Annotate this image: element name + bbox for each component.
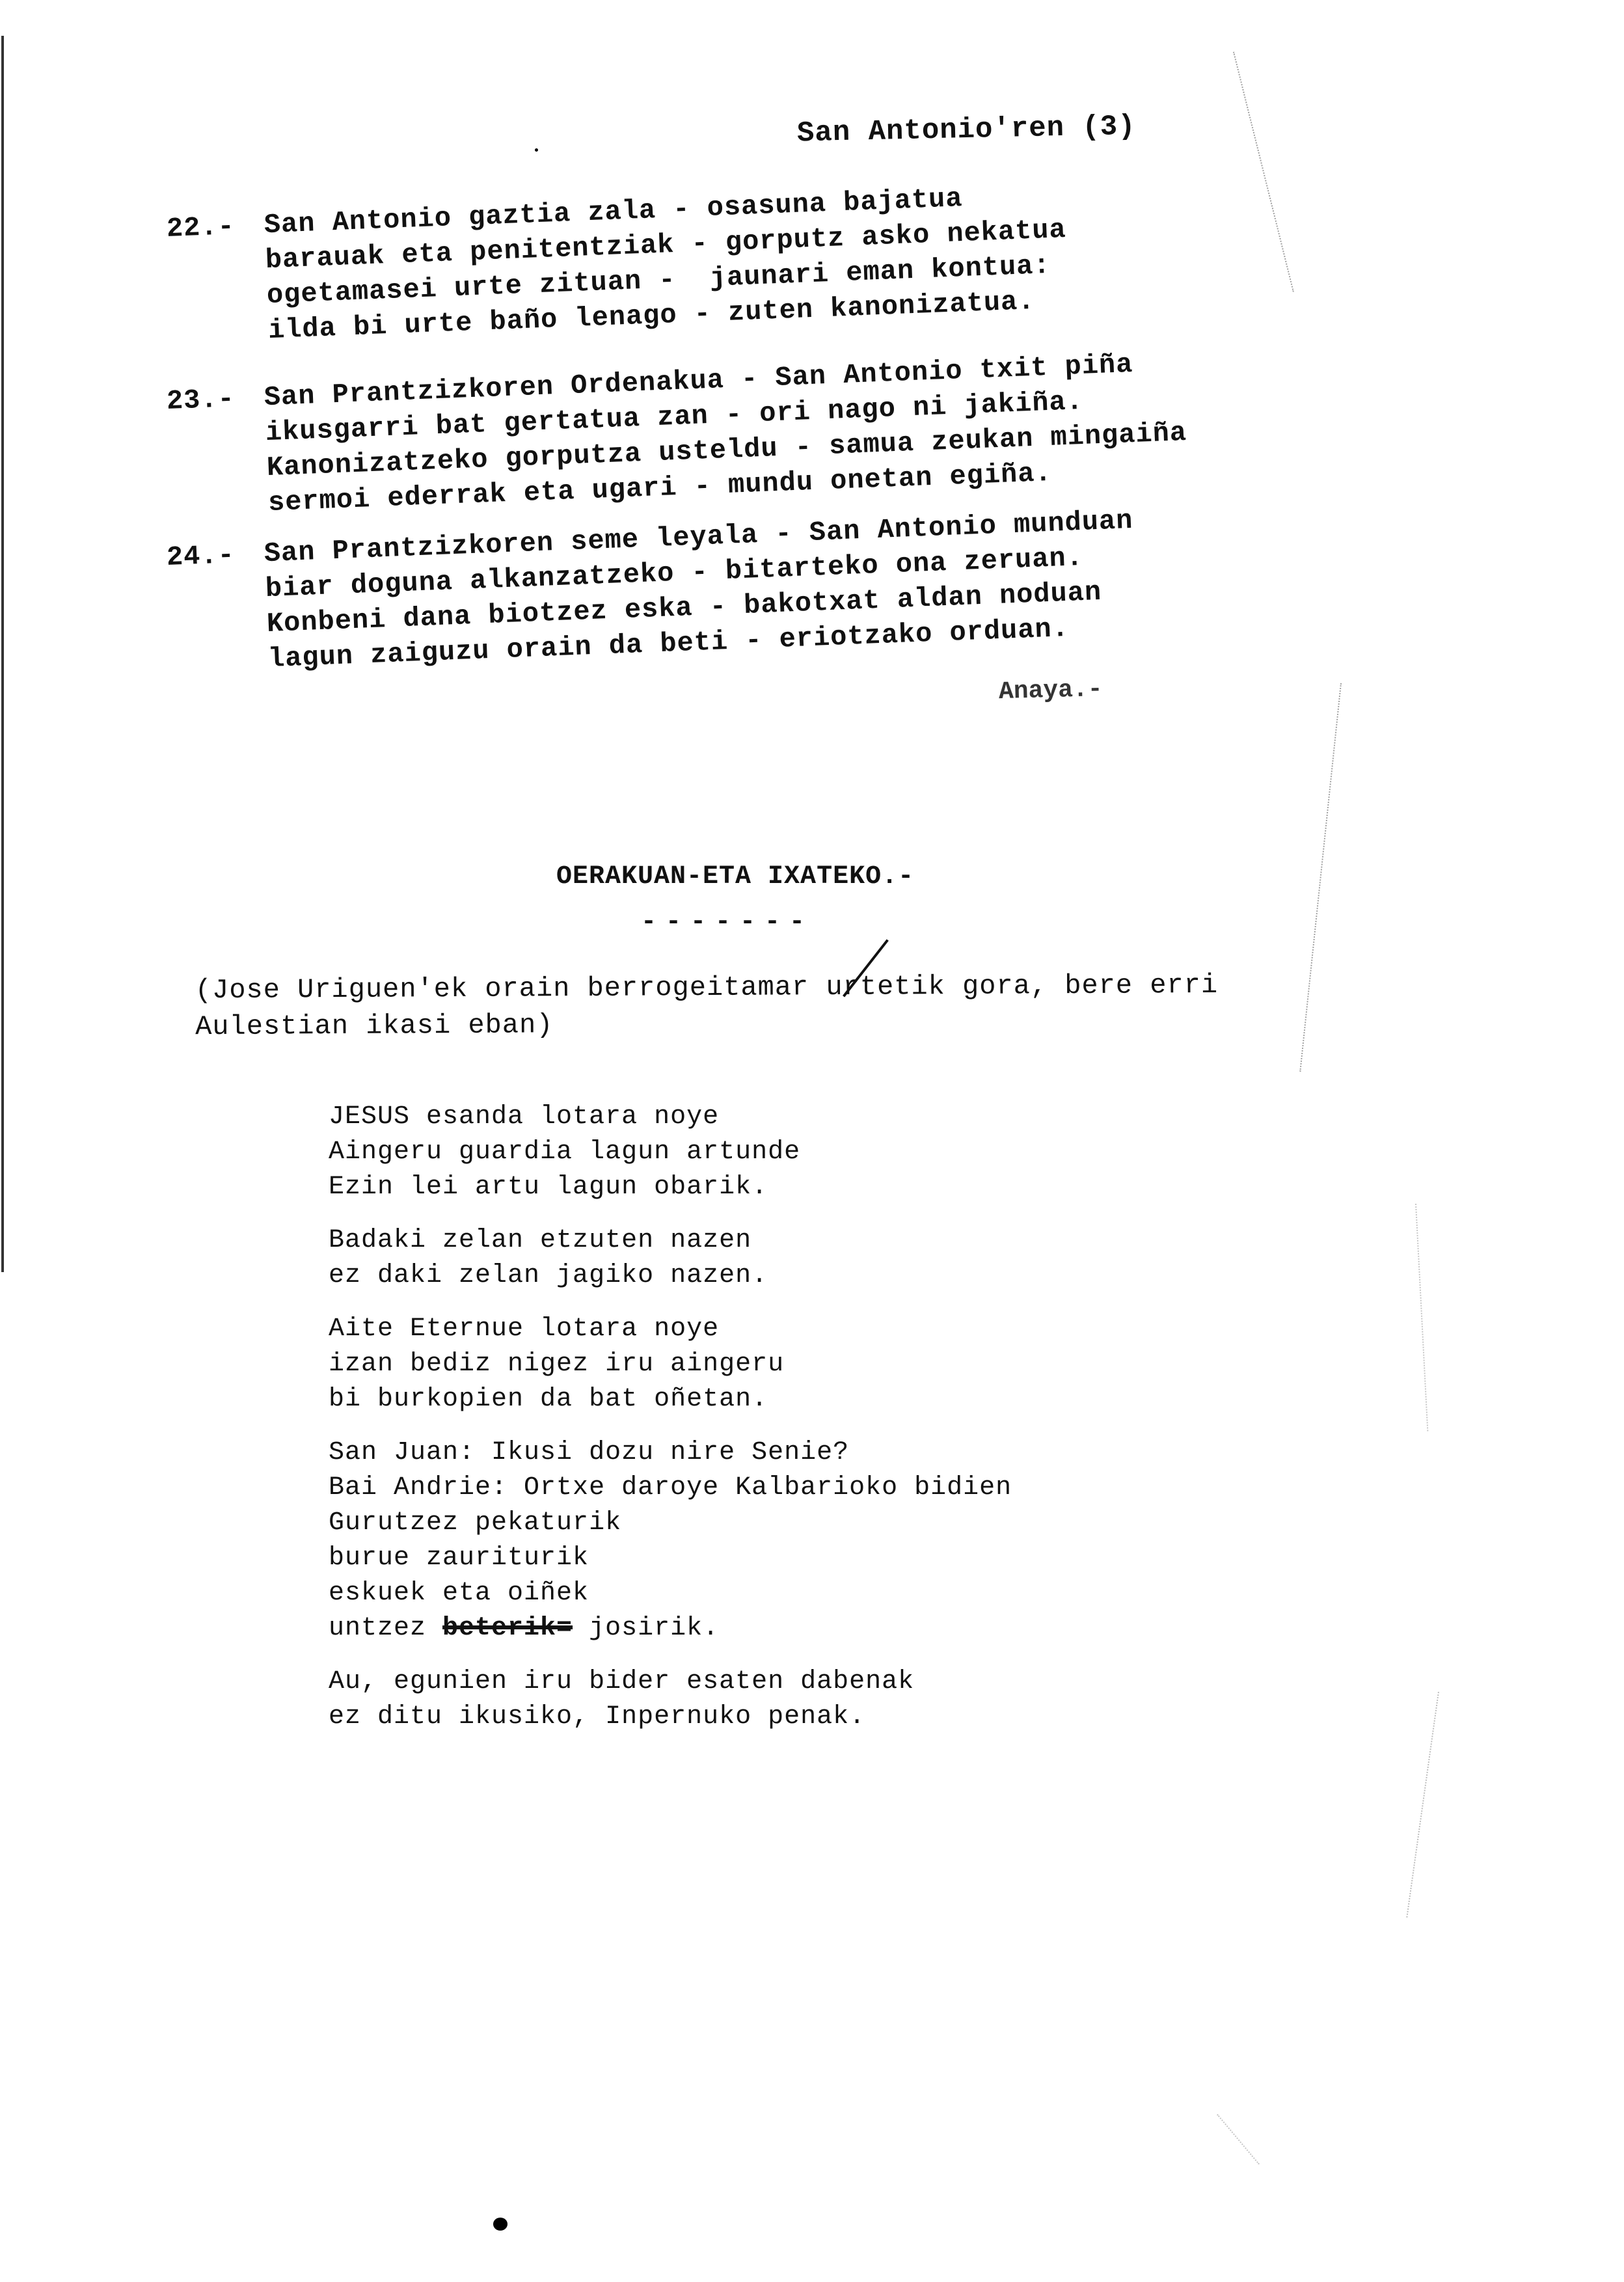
section-intro: (Jose Uriguen'ek orain berrogeitamar urt… bbox=[195, 967, 1219, 1045]
paper-crease bbox=[1406, 1692, 1441, 1918]
poem-verse: Aite Eternue lotara noye izan bediz nige… bbox=[329, 1312, 1012, 1417]
stanza-number: 23.- bbox=[166, 380, 265, 419]
author-signature: Anaya.- bbox=[998, 675, 1103, 706]
poem-line: Aite Eternue lotara noye bbox=[329, 1312, 1012, 1347]
poem-line: San Juan: Ikusi dozu nire Senie? bbox=[329, 1435, 1012, 1471]
poem-line: izan bediz nigez iru aingeru bbox=[329, 1347, 1012, 1382]
stanza-number: 22.- bbox=[166, 208, 265, 247]
poem-line: bi burkopien da bat oñetan. bbox=[329, 1382, 1012, 1417]
ink-speck bbox=[535, 148, 538, 152]
paper-crease bbox=[1299, 683, 1343, 1072]
line-suffix: josirik. bbox=[573, 1614, 719, 1643]
ink-blot bbox=[493, 2218, 507, 2231]
stanza-number: 24.- bbox=[166, 536, 265, 575]
poem-line: burue zauriturik bbox=[329, 1541, 1012, 1576]
poem-line: ez ditu ikusiko, Inpernuko penak. bbox=[329, 1700, 1012, 1735]
paper-crease bbox=[1415, 1204, 1429, 1432]
poem-line: ez daki zelan jagiko nazen. bbox=[329, 1258, 1012, 1294]
intro-line: (Jose Uriguen'ek orain berrogeitamar urt… bbox=[195, 967, 1219, 1009]
stanza-23: 23.- San Prantzizkoren Ordenakua - San A… bbox=[166, 345, 1189, 524]
poem-line: Badaki zelan etzuten nazen bbox=[329, 1223, 1012, 1258]
intro-line: Aulestian ikasi eban) bbox=[195, 1003, 1219, 1045]
prayer-poem: JESUS esanda lotara noye Aingeru guardia… bbox=[329, 1100, 1012, 1753]
poem-line: Ezin lei artu lagun obarik. bbox=[329, 1170, 1012, 1205]
poem-line: eskuek eta oiñek bbox=[329, 1576, 1012, 1611]
section-title: OERAKUAN-ETA IXATEKO.- bbox=[556, 862, 914, 891]
poem-verse: Au, egunien iru bider esaten dabenak ez … bbox=[329, 1664, 1012, 1735]
stanza-22: 22.- San Antonio gaztia zala - osasuna b… bbox=[166, 177, 1070, 352]
stanza-24: 24.- San Prantzizkoren seme leyala - San… bbox=[166, 503, 1138, 681]
page-header: San Antonio'ren (3) bbox=[797, 111, 1137, 150]
section-underline: ------- bbox=[641, 908, 814, 937]
poem-line-with-correction: untzez beterik= josirik. bbox=[329, 1611, 1012, 1646]
poem-verse: JESUS esanda lotara noye Aingeru guardia… bbox=[329, 1100, 1012, 1205]
paper-crease bbox=[1217, 2113, 1260, 2164]
scan-edge-line bbox=[1, 36, 4, 1272]
poem-line: Bai Andrie: Ortxe daroye Kalbarioko bidi… bbox=[329, 1471, 1012, 1506]
poem-verse: Badaki zelan etzuten nazen ez daki zelan… bbox=[329, 1223, 1012, 1294]
poem-line: JESUS esanda lotara noye bbox=[329, 1100, 1012, 1135]
document-page: San Antonio'ren (3) 22.- San Antonio gaz… bbox=[0, 0, 1624, 2282]
paper-crease bbox=[1233, 51, 1295, 292]
poem-line: Aingeru guardia lagun artunde bbox=[329, 1135, 1012, 1170]
struck-out-word: beterik= bbox=[442, 1614, 573, 1643]
poem-line: Gurutzez pekaturik bbox=[329, 1506, 1012, 1541]
poem-line: Au, egunien iru bider esaten dabenak bbox=[329, 1664, 1012, 1700]
poem-verse: San Juan: Ikusi dozu nire Senie? Bai And… bbox=[329, 1435, 1012, 1646]
line-prefix: untzez bbox=[329, 1614, 442, 1643]
